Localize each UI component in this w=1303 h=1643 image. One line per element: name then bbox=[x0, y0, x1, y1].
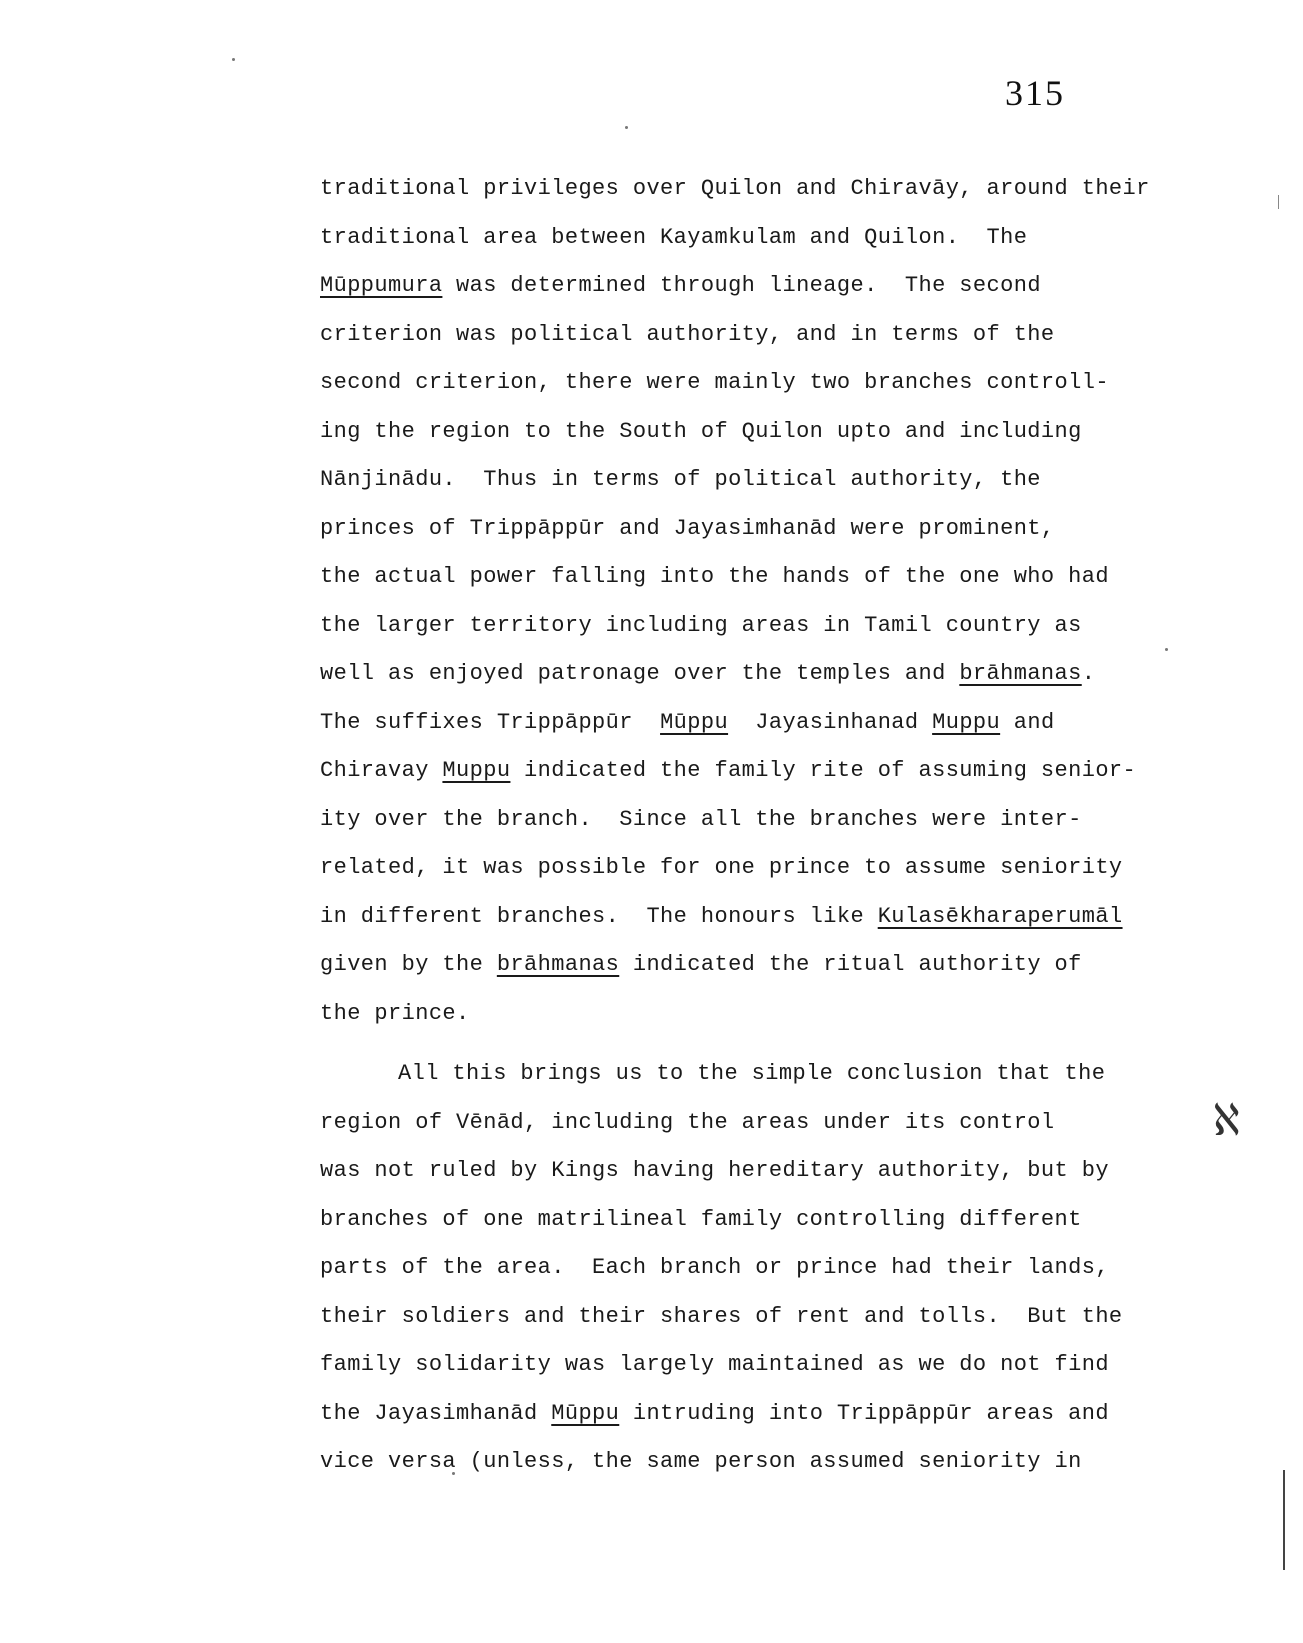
text-line: ing the region to the South of Quilon up… bbox=[320, 408, 1240, 457]
text-line: well as enjoyed patronage over the templ… bbox=[320, 650, 1240, 699]
scan-edge-mark-bottom bbox=[1283, 1470, 1285, 1570]
text-line: their soldiers and their shares of rent … bbox=[320, 1293, 1240, 1342]
scan-speck bbox=[1165, 648, 1168, 651]
scan-speck bbox=[625, 126, 628, 129]
text-line: The suffixes Trippāppūr Mūppu Jayasinhan… bbox=[320, 699, 1240, 748]
scan-speck bbox=[232, 58, 235, 61]
underlined-term: brāhmanas bbox=[497, 952, 619, 977]
text-run: traditional area between Kayamkulam and … bbox=[320, 225, 1027, 250]
text-line: All this brings us to the simple conclus… bbox=[320, 1050, 1240, 1099]
text-run: All this brings us to the simple conclus… bbox=[398, 1061, 1105, 1086]
text-run: vice versa (unless, the same person assu… bbox=[320, 1449, 1082, 1474]
text-run: in different branches. The honours like bbox=[320, 904, 878, 929]
body-text: traditional privileges over Quilon and C… bbox=[320, 165, 1240, 1487]
underlined-term: Muppu bbox=[442, 758, 510, 783]
text-line: branches of one matrilineal family contr… bbox=[320, 1196, 1240, 1245]
text-run: . bbox=[1082, 661, 1096, 686]
text-run: parts of the area. Each branch or prince… bbox=[320, 1255, 1109, 1280]
text-line: the Jayasimhanād Mūppu intruding into Tr… bbox=[320, 1390, 1240, 1439]
text-run: branches of one matrilineal family contr… bbox=[320, 1207, 1082, 1232]
text-line: second criterion, there were mainly two … bbox=[320, 359, 1240, 408]
text-line: ity over the branch. Since all the branc… bbox=[320, 796, 1240, 845]
text-line: criterion was political authority, and i… bbox=[320, 311, 1240, 360]
page-number: 315 bbox=[1005, 72, 1065, 114]
text-run: Nānjinādu. Thus in terms of political au… bbox=[320, 467, 1041, 492]
scan-edge-mark-top bbox=[1278, 195, 1279, 209]
text-run: well as enjoyed patronage over the templ… bbox=[320, 661, 959, 686]
text-line: the larger territory including areas in … bbox=[320, 602, 1240, 651]
underlined-term: Mūppu bbox=[551, 1401, 619, 1426]
underlined-term: Kulasēkharaperumāl bbox=[878, 904, 1123, 929]
underlined-term: Mūppumura bbox=[320, 273, 442, 298]
text-line: traditional privileges over Quilon and C… bbox=[320, 165, 1240, 214]
text-run: intruding into Trippāppūr areas and bbox=[619, 1401, 1109, 1426]
text-run: family solidarity was largely maintained… bbox=[320, 1352, 1109, 1377]
text-line: family solidarity was largely maintained… bbox=[320, 1341, 1240, 1390]
text-run: Chiravay bbox=[320, 758, 442, 783]
paragraph-gap bbox=[320, 1038, 1240, 1050]
text-run: their soldiers and their shares of rent … bbox=[320, 1304, 1123, 1329]
text-line: related, it was possible for one prince … bbox=[320, 844, 1240, 893]
text-line: princes of Trippāppūr and Jayasimhanād w… bbox=[320, 505, 1240, 554]
text-run: related, it was possible for one prince … bbox=[320, 855, 1123, 880]
text-run: the actual power falling into the hands … bbox=[320, 564, 1109, 589]
text-run: the Jayasimhanād bbox=[320, 1401, 551, 1426]
underlined-term: brāhmanas bbox=[959, 661, 1081, 686]
text-line: in different branches. The honours like … bbox=[320, 893, 1240, 942]
text-run: region of Vēnād, including the areas und… bbox=[320, 1110, 1055, 1135]
text-run: given by the bbox=[320, 952, 497, 977]
text-line: parts of the area. Each branch or prince… bbox=[320, 1244, 1240, 1293]
text-line: the prince. bbox=[320, 990, 1240, 1039]
text-run: ing the region to the South of Quilon up… bbox=[320, 419, 1082, 444]
text-run: The suffixes Trippāppūr bbox=[320, 710, 660, 735]
text-line: vice versa (unless, the same person assu… bbox=[320, 1438, 1240, 1487]
text-run: and bbox=[1000, 710, 1054, 735]
text-run: the prince. bbox=[320, 1001, 470, 1026]
paragraph: traditional privileges over Quilon and C… bbox=[320, 165, 1240, 1038]
underlined-term: Muppu bbox=[932, 710, 1000, 735]
text-line: the actual power falling into the hands … bbox=[320, 553, 1240, 602]
text-line: Nānjinādu. Thus in terms of political au… bbox=[320, 456, 1240, 505]
text-run: ity over the branch. Since all the branc… bbox=[320, 807, 1082, 832]
text-run: indicated the ritual authority of bbox=[619, 952, 1081, 977]
text-run: princes of Trippāppūr and Jayasimhanād w… bbox=[320, 516, 1055, 541]
scan-speck bbox=[452, 1472, 455, 1475]
text-line: was not ruled by Kings having hereditary… bbox=[320, 1147, 1240, 1196]
text-line: given by the brāhmanas indicated the rit… bbox=[320, 941, 1240, 990]
text-line: region of Vēnād, including the areas und… bbox=[320, 1099, 1240, 1148]
margin-annotation: ℵ bbox=[1213, 1095, 1239, 1146]
paragraph: All this brings us to the simple conclus… bbox=[320, 1050, 1240, 1487]
underlined-term: Mūppu bbox=[660, 710, 728, 735]
text-line: Mūppumura was determined through lineage… bbox=[320, 262, 1240, 311]
text-run: traditional privileges over Quilon and C… bbox=[320, 176, 1150, 201]
text-run: Jayasinhanad bbox=[728, 710, 932, 735]
text-line: Chiravay Muppu indicated the family rite… bbox=[320, 747, 1240, 796]
text-run: indicated the family rite of assuming se… bbox=[510, 758, 1136, 783]
text-run: was determined through lineage. The seco… bbox=[442, 273, 1041, 298]
text-line: traditional area between Kayamkulam and … bbox=[320, 214, 1240, 263]
text-run: second criterion, there were mainly two … bbox=[320, 370, 1109, 395]
text-run: was not ruled by Kings having hereditary… bbox=[320, 1158, 1109, 1183]
text-run: the larger territory including areas in … bbox=[320, 613, 1082, 638]
text-run: criterion was political authority, and i… bbox=[320, 322, 1055, 347]
